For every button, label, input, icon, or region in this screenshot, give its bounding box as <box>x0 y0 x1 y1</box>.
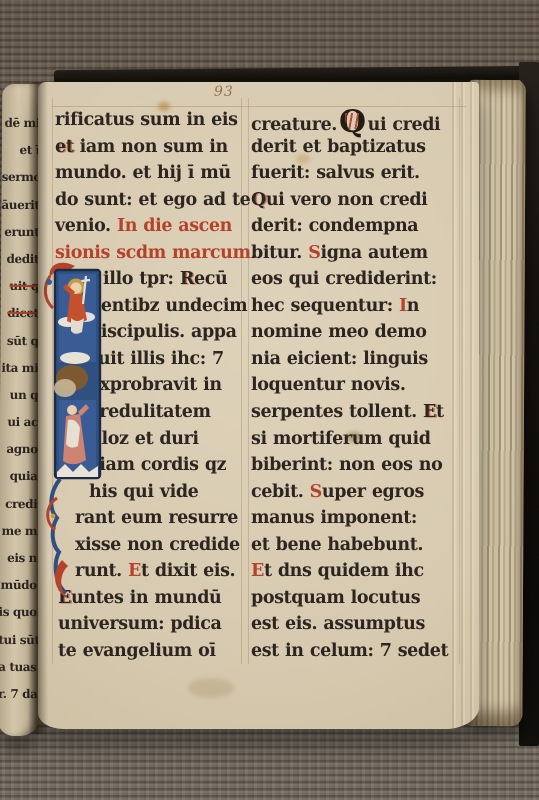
text-line: cebit. Super egros <box>251 479 465 506</box>
text-line: mūdo <box>0 572 41 599</box>
text-segment: discipulis. appa <box>89 322 237 342</box>
text-segment: ui vero non credi <box>266 190 428 210</box>
text-segment: is quo <box>0 605 37 619</box>
text-segment: est eis. assumptus <box>251 614 425 634</box>
text-line: te evangelium oī <box>55 638 249 665</box>
text-line: hec sequentur: In <box>251 293 465 320</box>
text-segment: E <box>423 402 436 422</box>
text-segment: eos qui crediderint: <box>251 269 437 289</box>
text-line: sūt q <box>0 327 42 354</box>
text-segment: nia eicient: linguis <box>251 349 428 369</box>
text-segment: iam non sum in <box>73 137 227 157</box>
illuminated-initial-ascension <box>41 258 107 624</box>
text-segment: dedit <box>6 252 39 266</box>
text-segment: a tuas <box>0 660 37 674</box>
text-line: do sunt: et ego ad te <box>55 187 249 214</box>
text-line: Et dns quidem ihc <box>251 558 465 585</box>
text-segment: agno <box>6 442 37 456</box>
text-line: loquentur novis. <box>251 372 465 399</box>
text-line: un q <box>0 382 42 409</box>
text-segment: nomine meo demo <box>251 322 427 342</box>
text-segment: cebit. <box>251 482 310 502</box>
text-line: ita mi <box>0 355 42 382</box>
text-line: derit: condempna <box>251 213 465 240</box>
text-line: manus imponent: <box>251 505 465 532</box>
text-segment: r. 7 da <box>0 687 38 701</box>
text-line: is quo <box>0 599 41 626</box>
text-line: biberint: non eos no <box>251 452 465 479</box>
text-line: venio. In die ascen <box>55 213 249 240</box>
text-segment: illo tpr: <box>103 269 180 289</box>
text-segment: tui sūt <box>0 632 40 646</box>
text-segment: si mortiferum quid <box>251 429 431 449</box>
text-segment: bitur. <box>251 243 308 263</box>
text-segment: quia <box>10 469 38 483</box>
text-line: me m <box>0 518 41 545</box>
text-segment: R <box>180 269 194 289</box>
text-line: dedit <box>1 246 43 273</box>
text-segment: bentibz undecim <box>89 296 247 316</box>
text-segment: I <box>399 296 407 316</box>
text-line: tui sūt <box>0 626 40 653</box>
text-line: mundo. et hij ī mū <box>55 160 249 187</box>
text-segment: n <box>407 296 419 316</box>
text-segment: uit q <box>9 279 39 293</box>
text-line: Qui vero non credi <box>251 187 465 214</box>
text-segment: et ī <box>19 143 39 157</box>
text-line: r. 7 da <box>0 681 40 708</box>
text-line: fuerit: salvus erit. <box>251 160 465 187</box>
text-line: a tuas <box>0 654 40 681</box>
text-line: nomine meo demo <box>251 319 465 346</box>
text-segment: mūdo <box>1 578 37 592</box>
text-segment: dicet <box>7 306 39 320</box>
text-segment: derit: condempna <box>251 216 418 236</box>
text-line: agno <box>0 436 42 463</box>
text-segment: do sunt: et ego ad te <box>55 190 250 210</box>
text-segment: ruit illis ihc: 7 <box>89 349 224 369</box>
text-line: ui ac <box>0 409 42 436</box>
text-line: postquam locutus <box>251 585 465 612</box>
text-line: erunt <box>1 219 43 246</box>
text-segment: te evangelium oī <box>58 641 216 661</box>
text-line: eos qui crediderint: <box>251 266 465 293</box>
text-segment: serpentes tollent. <box>251 402 423 422</box>
text-segment: t <box>436 402 444 422</box>
text-segment: t dixit eis. <box>141 561 235 581</box>
parchment-stain <box>188 678 234 698</box>
text-line: dicet <box>1 300 43 327</box>
text-segment: sūt q <box>7 333 39 347</box>
text-line: credi <box>0 490 41 517</box>
text-line: bitur. Signa autem <box>251 240 465 267</box>
text-segment: rificatus sum in eis <box>55 110 238 130</box>
text-segment: et bene habebunt. <box>251 535 423 555</box>
text-segment: E <box>128 561 141 581</box>
text-segment: fuerit: salvus erit. <box>251 163 420 183</box>
text-line: quia <box>0 463 42 490</box>
text-segment: ui ac <box>7 415 38 429</box>
text-segment: ita mi <box>1 361 38 375</box>
text-column-right: creature.Qui crediderit et baptizatusfue… <box>251 107 465 664</box>
text-segment: S <box>310 482 322 502</box>
text-segment: venio. <box>55 216 117 236</box>
text-line: serpentes tollent. Et <box>251 399 465 426</box>
text-segment: In die ascen <box>117 216 232 236</box>
text-line: nia eicient: linguis <box>251 346 465 373</box>
text-segment: credi <box>5 497 37 511</box>
text-segment: exprobravit in <box>89 375 222 395</box>
text-segment: credulitatem <box>89 402 211 422</box>
text-segment: est in celum: 7 sedet <box>251 641 448 661</box>
text-segment: Q <box>339 109 366 135</box>
text-segment: manus imponent: <box>251 508 417 528</box>
text-segment: āuerit <box>1 197 39 211</box>
text-segment: loquentur novis. <box>251 375 406 395</box>
text-line: est in celum: 7 sedet <box>251 638 465 665</box>
text-line: si mortiferum quid <box>251 426 465 453</box>
text-segment: eis n <box>7 551 37 565</box>
text-segment: sermo <box>2 170 42 184</box>
text-segment: uper egros <box>322 482 424 502</box>
text-line: uit q <box>1 273 43 300</box>
text-segment: mundo. et hij ī mū <box>55 163 231 183</box>
text-segment: hec sequentur: <box>251 296 399 316</box>
text-segment: me m <box>1 524 37 538</box>
text-segment: ui credi <box>368 115 441 135</box>
text-line: et iam non sum in <box>55 134 249 161</box>
text-segment: creature. <box>251 115 337 135</box>
text-segment: ciam cordis qz <box>89 455 226 475</box>
text-segment: erunt <box>4 225 39 239</box>
text-line: et bene habebunt. <box>251 532 465 559</box>
text-segment: dē mi <box>4 116 40 130</box>
text-segment: biberint: non eos no <box>251 455 442 475</box>
text-segment: igna autem <box>320 243 427 263</box>
text-segment: ecū <box>194 269 227 289</box>
manuscript-page: 93 rificatus sum in eiset iam non sum in… <box>38 82 479 729</box>
text-line: creature.Qui credi <box>251 107 465 134</box>
text-line: rificatus sum in eis <box>55 107 249 134</box>
text-segment: Q <box>251 190 266 210</box>
text-segment: un q <box>10 388 39 402</box>
text-segment: E <box>251 561 264 581</box>
page-number: 93 <box>214 84 234 100</box>
text-line: eis n <box>0 545 41 572</box>
text-line: est eis. assumptus <box>251 611 465 638</box>
text-segment: S <box>308 243 320 263</box>
text-segment: t dns quidem ihc <box>264 561 424 581</box>
text-segment: et <box>55 137 73 157</box>
text-segment: postquam locutus <box>251 588 420 608</box>
